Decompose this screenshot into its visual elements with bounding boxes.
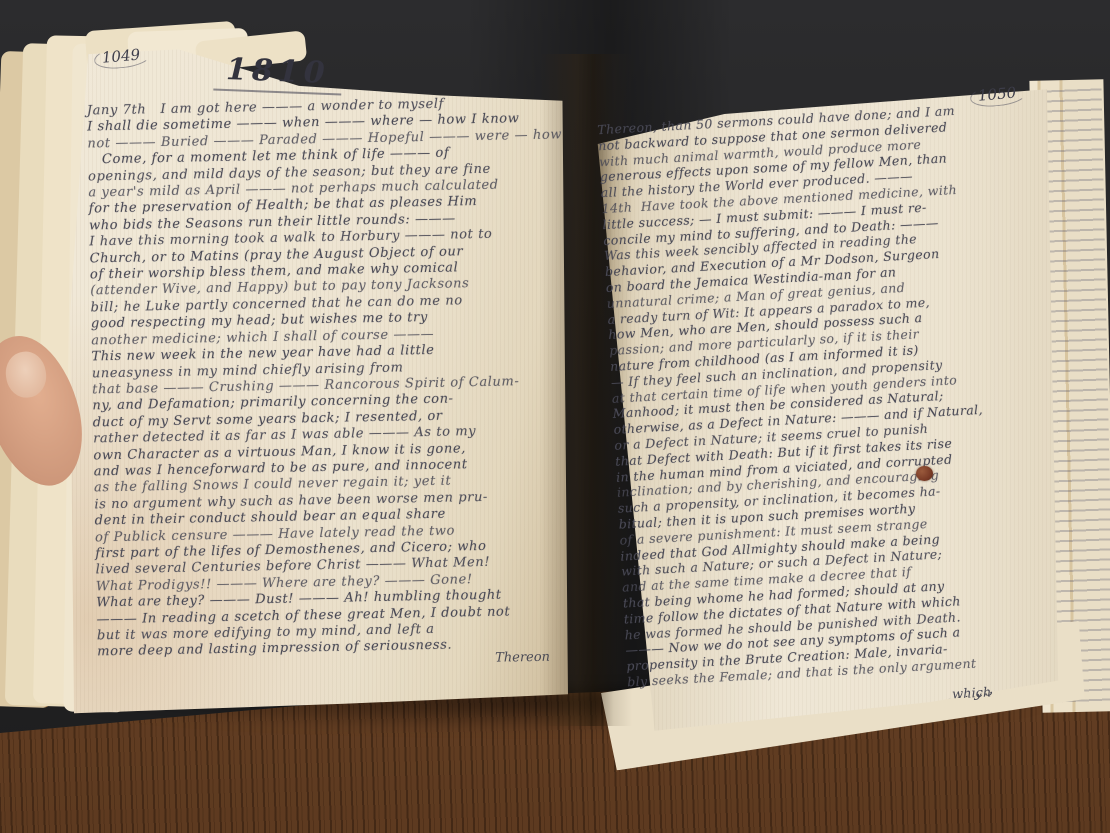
wax-seal-dot — [916, 466, 933, 481]
left-page-catchword: Thereon — [398, 650, 550, 668]
right-page-text: Thereon, than 50 sermons could have done… — [597, 99, 1065, 691]
photograph-of-open-manuscript: Mistrys 1049 1810 Jany 7th I am got here… — [0, 0, 1110, 833]
year-heading: 1810 — [213, 52, 342, 96]
thumbnail — [3, 349, 49, 400]
left-page-text: Jany 7th I am got here ——— a wonder to m… — [87, 95, 556, 662]
